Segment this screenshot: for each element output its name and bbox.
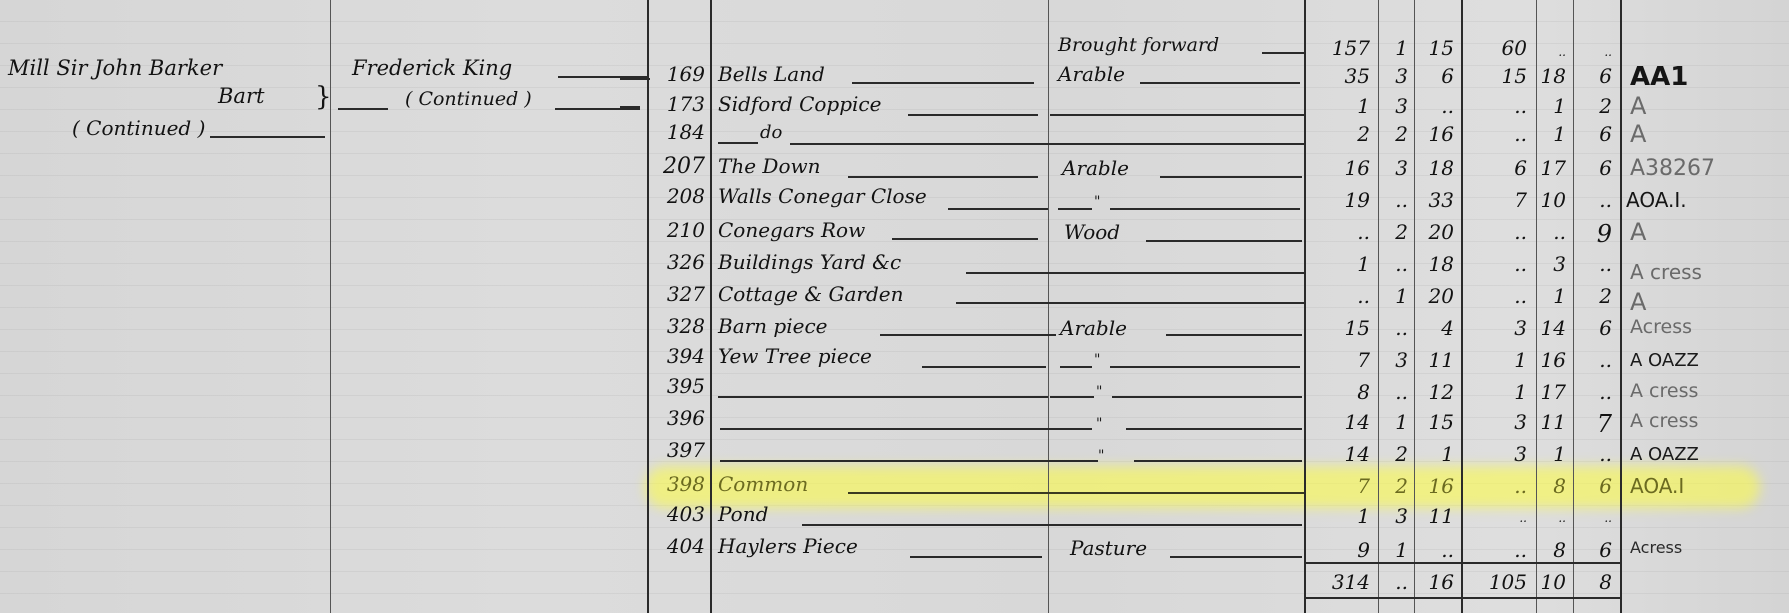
row-pence: 6 bbox=[1576, 124, 1612, 144]
dash-line bbox=[210, 136, 325, 138]
row-number: 326 bbox=[650, 252, 705, 272]
column-rule-pence bbox=[1620, 0, 1622, 613]
row-acres: 7 bbox=[1310, 476, 1370, 496]
row-shillings: 1 bbox=[1538, 444, 1566, 464]
row-name: Cottage & Garden bbox=[718, 284, 903, 304]
dash-line bbox=[1160, 176, 1302, 178]
row-name: Buildings Yard &c bbox=[718, 252, 901, 272]
row-roods: .. bbox=[1380, 318, 1408, 338]
row-annotation: A bbox=[1630, 94, 1646, 118]
dash-line bbox=[718, 142, 758, 144]
dash-line bbox=[1050, 114, 1304, 116]
row-pence: 7 bbox=[1576, 412, 1612, 436]
dash-line bbox=[620, 106, 640, 108]
column-rule-roods bbox=[1414, 0, 1415, 613]
row-name: Sidford Coppice bbox=[718, 94, 881, 114]
row-acres: 1 bbox=[1310, 96, 1370, 116]
row-acres: 19 bbox=[1310, 190, 1370, 210]
dash-line bbox=[956, 302, 1304, 304]
row-name: Pond bbox=[718, 504, 768, 524]
row-roods: 2 bbox=[1380, 444, 1408, 464]
row-perches: 33 bbox=[1416, 190, 1454, 210]
brought-forward-label: Brought forward bbox=[1058, 36, 1219, 55]
dash-line bbox=[720, 428, 1092, 430]
row-cultivation-ditto: " bbox=[1094, 352, 1100, 368]
row-acres: 8 bbox=[1310, 382, 1370, 402]
row-roods: 1 bbox=[1380, 540, 1408, 560]
row-pence: .. bbox=[1576, 254, 1612, 274]
row-name: The Down bbox=[718, 156, 821, 176]
row-name: do bbox=[760, 124, 782, 142]
row-pounds: .. bbox=[1465, 222, 1527, 242]
row-pence: 6 bbox=[1576, 318, 1612, 338]
row-pounds: .. bbox=[1465, 286, 1527, 306]
row-perches: 16 bbox=[1416, 124, 1454, 144]
dash-line bbox=[922, 366, 1046, 368]
dash-line bbox=[908, 114, 1038, 116]
dash-line bbox=[1112, 396, 1302, 398]
row-number: 184 bbox=[650, 122, 705, 142]
row-name: Haylers Piece bbox=[718, 536, 858, 556]
bf-perches: 15 bbox=[1416, 38, 1454, 58]
row-pounds: 1 bbox=[1465, 350, 1527, 370]
row-acres: 14 bbox=[1310, 412, 1370, 432]
row-pounds: .. bbox=[1465, 540, 1527, 560]
row-number: 210 bbox=[650, 220, 705, 240]
row-shillings: 11 bbox=[1538, 412, 1566, 432]
row-shillings: 17 bbox=[1538, 158, 1566, 178]
column-rule-name bbox=[1048, 0, 1049, 613]
row-shillings: 16 bbox=[1538, 350, 1566, 370]
bf-acres: 157 bbox=[1310, 38, 1370, 58]
total-shillings: 10 bbox=[1538, 572, 1566, 592]
row-number: 173 bbox=[650, 94, 705, 114]
dash-line bbox=[620, 78, 650, 80]
row-pence: 6 bbox=[1576, 476, 1612, 496]
row-acres: 2 bbox=[1310, 124, 1370, 144]
row-perches: 16 bbox=[1416, 476, 1454, 496]
column-rule-shillings bbox=[1573, 0, 1574, 613]
row-roods: .. bbox=[1380, 382, 1408, 402]
row-cultivation: Arable bbox=[1062, 158, 1129, 178]
row-shillings: 1 bbox=[1538, 286, 1566, 306]
row-pence: 2 bbox=[1576, 286, 1612, 306]
dash-line bbox=[1126, 428, 1302, 430]
row-annotation: AOA.I. bbox=[1626, 190, 1687, 210]
row-roods: 2 bbox=[1380, 124, 1408, 144]
row-acres: .. bbox=[1310, 222, 1370, 242]
row-cultivation: Arable bbox=[1060, 318, 1127, 338]
total-roods: .. bbox=[1380, 572, 1408, 592]
row-annotation: A cress bbox=[1630, 382, 1698, 401]
bf-pence: .. bbox=[1576, 38, 1612, 58]
row-perches: 12 bbox=[1416, 382, 1454, 402]
dash-line bbox=[720, 460, 1098, 462]
row-pence: .. bbox=[1576, 190, 1612, 210]
dash-line bbox=[1166, 334, 1302, 336]
row-annotation: A OAZZ bbox=[1630, 446, 1699, 464]
bf-roods: 1 bbox=[1380, 38, 1408, 58]
row-pounds: 3 bbox=[1465, 412, 1527, 432]
row-perches: 20 bbox=[1416, 286, 1454, 306]
row-roods: 3 bbox=[1380, 158, 1408, 178]
row-number: 404 bbox=[650, 536, 705, 556]
row-number: 208 bbox=[650, 186, 705, 206]
dash-line bbox=[892, 238, 1038, 240]
bf-pounds: 60 bbox=[1465, 38, 1527, 58]
occupier-name: Frederick King bbox=[352, 58, 512, 79]
row-number: 207 bbox=[650, 156, 705, 178]
row-perches: 6 bbox=[1416, 66, 1454, 86]
row-shillings: 14 bbox=[1538, 318, 1566, 338]
dash-line bbox=[966, 272, 1304, 274]
row-name: Walls Conegar Close bbox=[718, 186, 927, 206]
totals-bottom-rule bbox=[1306, 597, 1620, 599]
row-annotation: A bbox=[1630, 220, 1646, 244]
row-number: 328 bbox=[650, 316, 705, 336]
row-shillings: 1 bbox=[1538, 124, 1566, 144]
row-pence: 6 bbox=[1576, 540, 1612, 560]
row-cultivation-ditto: " bbox=[1096, 384, 1102, 400]
row-pounds: 15 bbox=[1465, 66, 1527, 86]
dash-line bbox=[1146, 240, 1302, 242]
row-number: 169 bbox=[650, 64, 705, 84]
row-perches: 1 bbox=[1416, 444, 1454, 464]
totals-top-rule bbox=[1306, 562, 1620, 564]
row-pence: .. bbox=[1576, 444, 1612, 464]
total-pounds: 105 bbox=[1465, 572, 1527, 592]
row-annotation: Acress bbox=[1630, 540, 1682, 556]
dash-line bbox=[718, 396, 1048, 398]
row-annotation: A bbox=[1630, 290, 1646, 314]
row-perches: 18 bbox=[1416, 254, 1454, 274]
row-number: 395 bbox=[650, 376, 705, 396]
row-pounds: .. bbox=[1465, 124, 1527, 144]
landowner-continued: ( Continued ) bbox=[72, 118, 205, 138]
brace: } bbox=[315, 84, 332, 110]
dash-line bbox=[555, 108, 640, 110]
dash-line bbox=[1058, 208, 1092, 210]
row-annotation: AA1 bbox=[1630, 64, 1688, 90]
column-rule-acres bbox=[1378, 0, 1379, 613]
row-perches: .. bbox=[1416, 96, 1454, 116]
row-pounds: .. bbox=[1465, 96, 1527, 116]
row-annotation: AOA.I bbox=[1630, 476, 1684, 496]
row-pence: 6 bbox=[1576, 66, 1612, 86]
row-number: 403 bbox=[650, 504, 705, 524]
dash-line bbox=[1110, 208, 1300, 210]
dash-line bbox=[848, 176, 1038, 178]
row-number: 394 bbox=[650, 346, 705, 366]
row-roods: 3 bbox=[1380, 506, 1408, 526]
row-roods: 3 bbox=[1380, 96, 1408, 116]
row-perches: 4 bbox=[1416, 318, 1454, 338]
row-roods: .. bbox=[1380, 254, 1408, 274]
row-name: Conegars Row bbox=[718, 220, 865, 240]
dash-line bbox=[1134, 460, 1302, 462]
row-annotation: Acress bbox=[1630, 318, 1692, 337]
total-pence: 8 bbox=[1576, 572, 1612, 592]
row-perches: 11 bbox=[1416, 350, 1454, 370]
row-pounds: 1 bbox=[1465, 382, 1527, 402]
row-pence: .. bbox=[1576, 382, 1612, 402]
row-roods: .. bbox=[1380, 190, 1408, 210]
column-rule-pounds bbox=[1536, 0, 1537, 613]
row-pence: 6 bbox=[1576, 158, 1612, 178]
row-number: 398 bbox=[650, 474, 705, 494]
total-acres: 314 bbox=[1310, 572, 1370, 592]
row-roods: 3 bbox=[1380, 350, 1408, 370]
dash-line bbox=[1140, 82, 1300, 84]
total-perches: 16 bbox=[1416, 572, 1454, 592]
row-shillings: 18 bbox=[1538, 66, 1566, 86]
row-pence: 9 bbox=[1576, 222, 1612, 246]
column-rule-perches bbox=[1461, 0, 1463, 613]
row-pounds: 3 bbox=[1465, 318, 1527, 338]
bf-shillings: .. bbox=[1538, 38, 1566, 58]
row-perches: 15 bbox=[1416, 412, 1454, 432]
dash-line bbox=[848, 492, 1304, 494]
row-name: Bells Land bbox=[718, 64, 825, 84]
row-shillings: 8 bbox=[1538, 476, 1566, 496]
row-acres: 9 bbox=[1310, 540, 1370, 560]
dash-line bbox=[880, 334, 1056, 336]
row-annotation: A38267 bbox=[1630, 158, 1715, 180]
dash-line bbox=[1050, 396, 1094, 398]
dash-line bbox=[1110, 366, 1300, 368]
row-cultivation: Pasture bbox=[1070, 538, 1147, 558]
dash-line bbox=[338, 108, 388, 110]
row-shillings: 3 bbox=[1538, 254, 1566, 274]
row-shillings: .. bbox=[1538, 222, 1566, 242]
row-pounds: 7 bbox=[1465, 190, 1527, 210]
row-name: Common bbox=[718, 474, 808, 494]
row-cultivation-ditto: " bbox=[1096, 416, 1102, 432]
row-name: Barn piece bbox=[718, 316, 828, 336]
dash-line bbox=[910, 556, 1042, 558]
column-rule-number bbox=[710, 0, 712, 613]
dash-line bbox=[852, 82, 1034, 84]
row-number: 327 bbox=[650, 284, 705, 304]
row-annotation: A OAZZ bbox=[1630, 352, 1699, 370]
row-shillings: 10 bbox=[1538, 190, 1566, 210]
dash-line bbox=[802, 524, 1302, 526]
row-annotation: A cress bbox=[1630, 262, 1702, 282]
row-cultivation: Wood bbox=[1064, 222, 1120, 242]
row-number: 396 bbox=[650, 408, 705, 428]
row-name: Yew Tree piece bbox=[718, 346, 872, 366]
dash-line bbox=[1262, 52, 1304, 54]
row-annotation: A bbox=[1630, 122, 1646, 146]
column-rule-cultivation bbox=[1304, 0, 1306, 613]
row-perches: .. bbox=[1416, 540, 1454, 560]
row-shillings: .. bbox=[1538, 512, 1566, 524]
dash-line bbox=[1060, 366, 1092, 368]
row-acres: 15 bbox=[1310, 318, 1370, 338]
row-acres: 35 bbox=[1310, 66, 1370, 86]
row-pence: .. bbox=[1576, 512, 1612, 524]
column-rule-occupier bbox=[647, 0, 649, 613]
dash-line bbox=[1170, 556, 1302, 558]
row-pounds: .. bbox=[1465, 476, 1527, 496]
landowner-title: Bart bbox=[218, 86, 264, 107]
dash-line bbox=[790, 143, 1304, 145]
row-acres: .. bbox=[1310, 286, 1370, 306]
row-cultivation-ditto: " bbox=[1098, 448, 1104, 464]
row-acres: 1 bbox=[1310, 254, 1370, 274]
ledger-page: Mill Sir John Barker Bart } ( Continued … bbox=[0, 0, 1789, 613]
row-shillings: 8 bbox=[1538, 540, 1566, 560]
row-pounds: .. bbox=[1465, 512, 1527, 524]
row-acres: 14 bbox=[1310, 444, 1370, 464]
row-perches: 20 bbox=[1416, 222, 1454, 242]
landowner-name: Mill Sir John Barker bbox=[8, 58, 222, 79]
row-acres: 1 bbox=[1310, 506, 1370, 526]
row-perches: 11 bbox=[1416, 506, 1454, 526]
row-shillings: 1 bbox=[1538, 96, 1566, 116]
row-roods: 3 bbox=[1380, 66, 1408, 86]
row-pounds: .. bbox=[1465, 254, 1527, 274]
occupier-continued: ( Continued ) bbox=[405, 90, 532, 109]
row-roods: 1 bbox=[1380, 286, 1408, 306]
row-cultivation: Arable bbox=[1058, 64, 1125, 84]
row-acres: 16 bbox=[1310, 158, 1370, 178]
row-pence: .. bbox=[1576, 350, 1612, 370]
row-annotation: A cress bbox=[1630, 412, 1698, 431]
row-roods: 2 bbox=[1380, 476, 1408, 496]
row-number: 397 bbox=[650, 440, 705, 460]
row-shillings: 17 bbox=[1538, 382, 1566, 402]
row-perches: 18 bbox=[1416, 158, 1454, 178]
row-roods: 2 bbox=[1380, 222, 1408, 242]
row-cultivation-ditto: " bbox=[1094, 194, 1100, 210]
dash-line bbox=[948, 208, 1048, 210]
row-roods: 1 bbox=[1380, 412, 1408, 432]
row-pence: 2 bbox=[1576, 96, 1612, 116]
row-pounds: 6 bbox=[1465, 158, 1527, 178]
row-acres: 7 bbox=[1310, 350, 1370, 370]
row-pounds: 3 bbox=[1465, 444, 1527, 464]
